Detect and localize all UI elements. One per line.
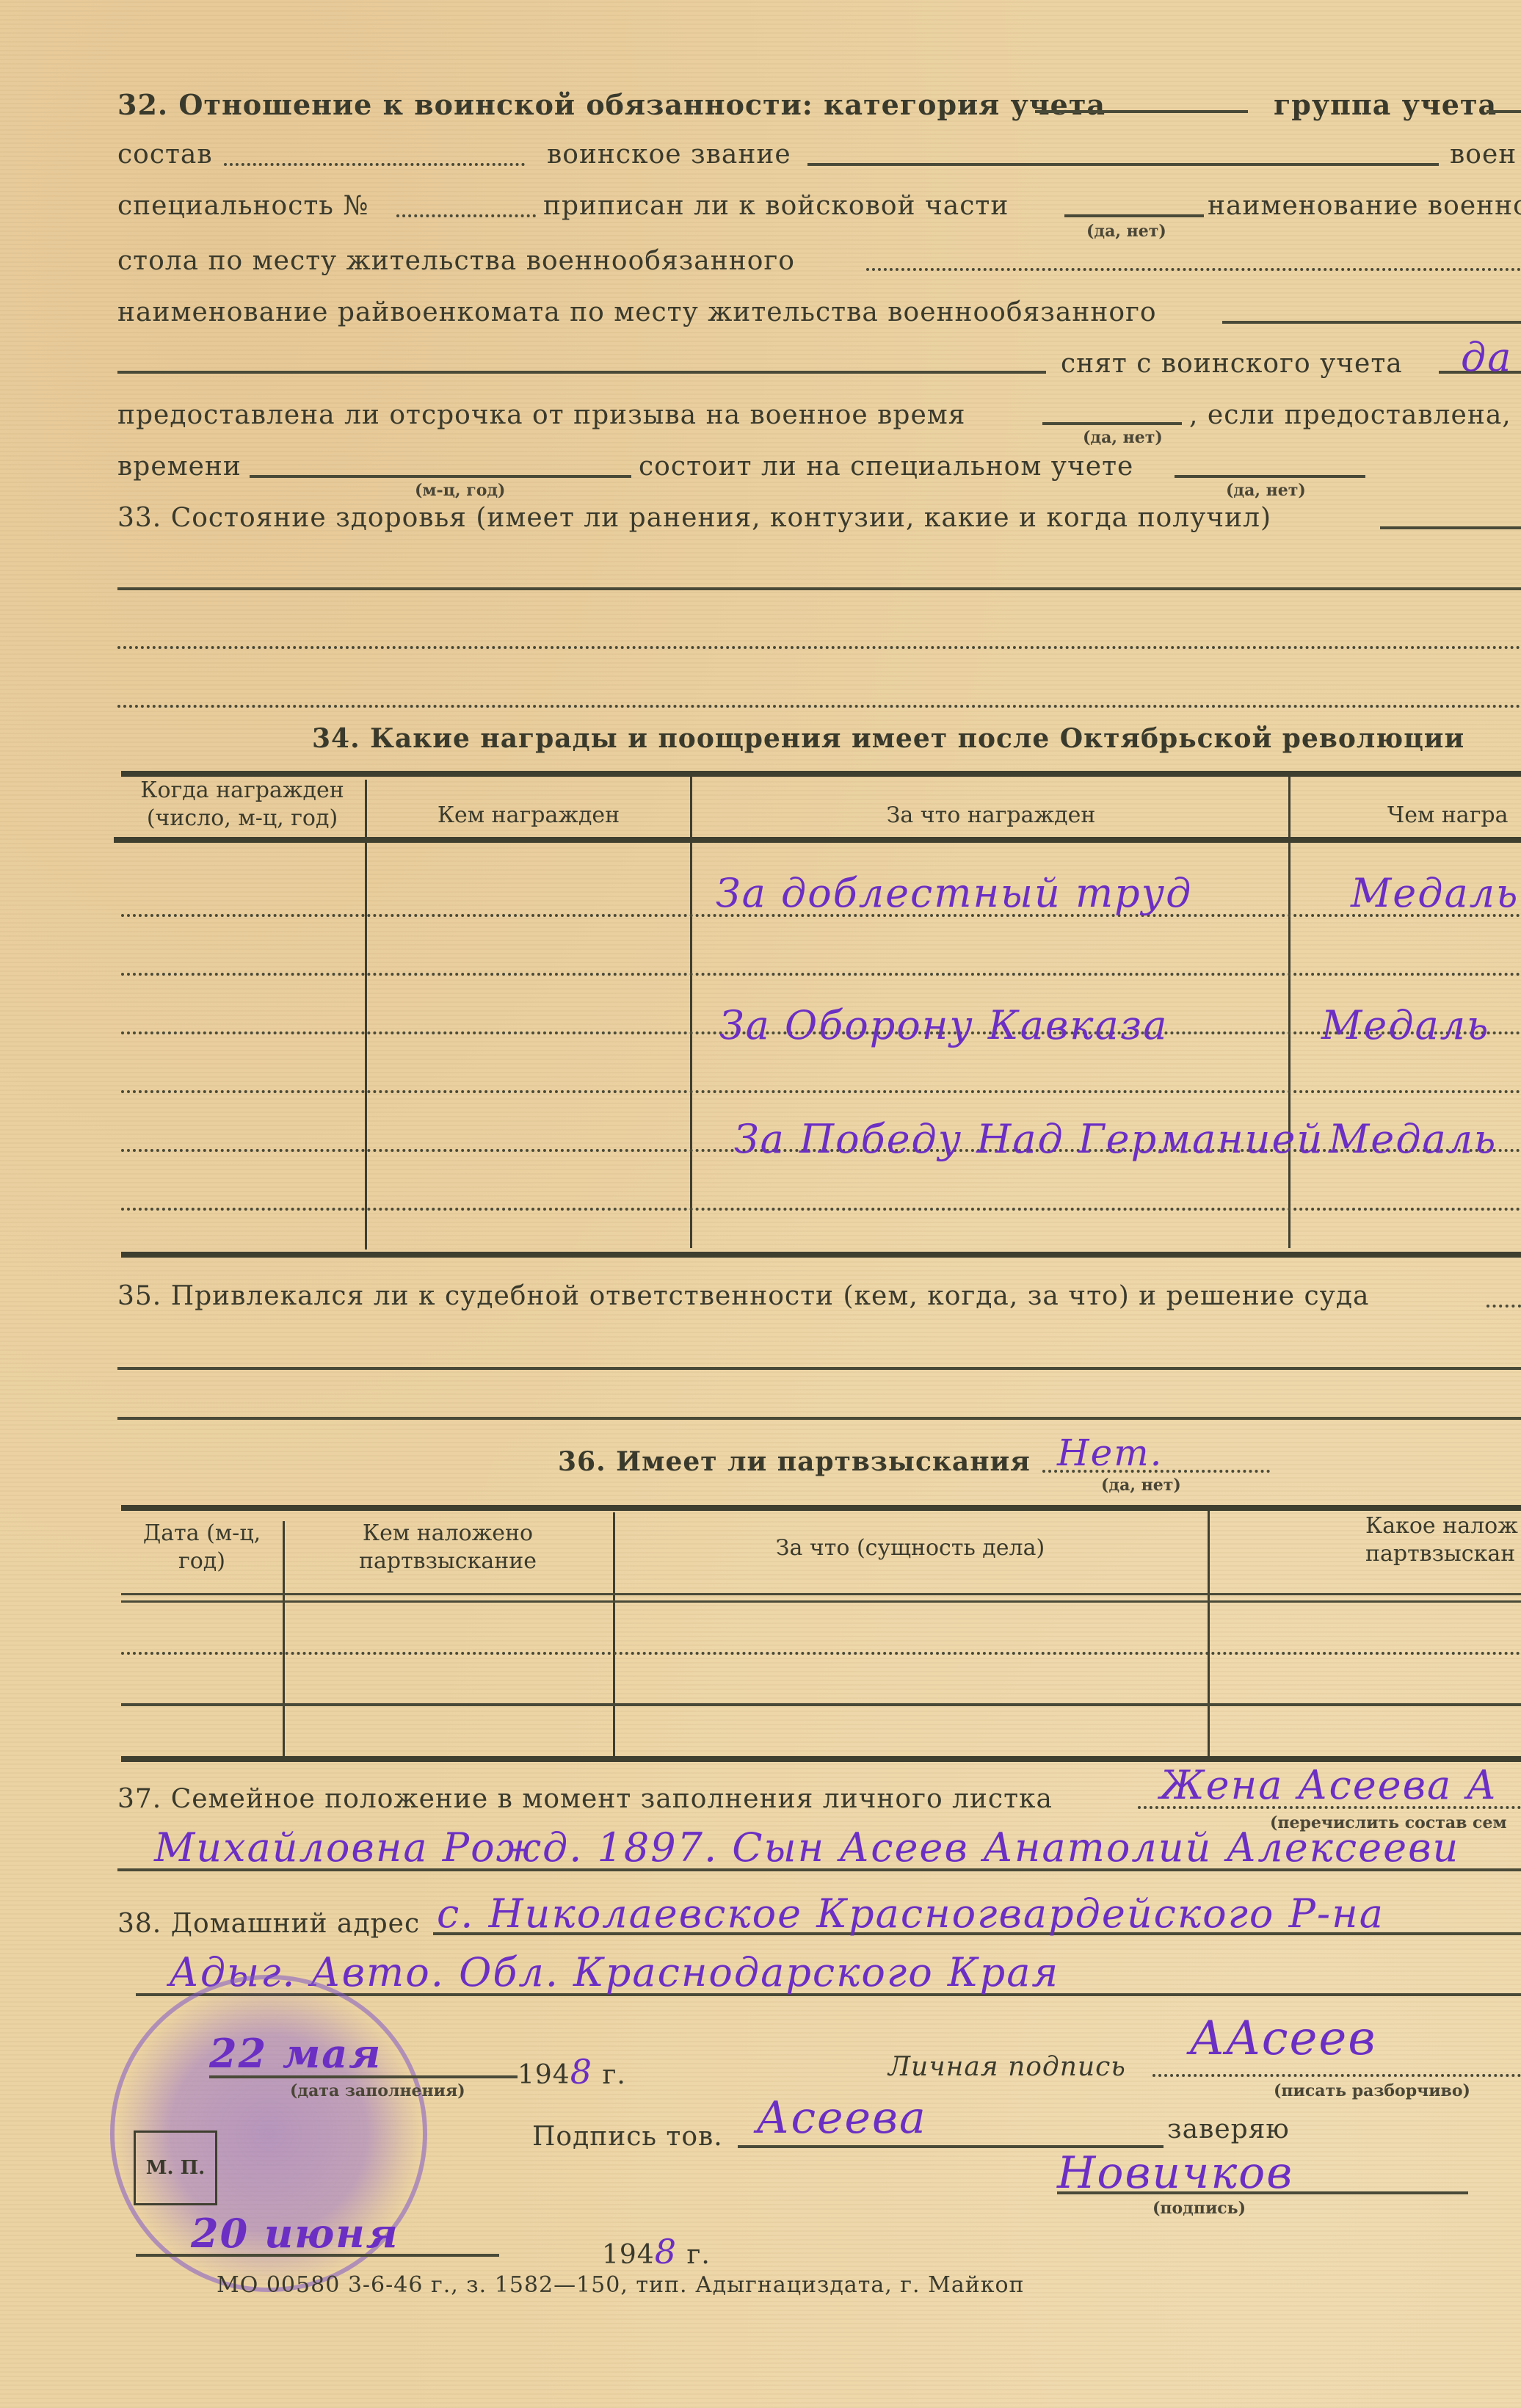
awards-header-what: Чем награ (1292, 802, 1521, 830)
awards-header-when: Когда награжден (число, м-ц, год) (121, 777, 363, 833)
section-36-title: 36. Имеет ли партвзыскания (558, 1446, 1031, 1477)
award-type: Медаль (1351, 870, 1519, 916)
year-digit: 8 (655, 2232, 678, 2271)
naimenovanie-label: наименование военно (1208, 191, 1521, 221)
otsrochka-field[interactable] (1042, 422, 1182, 425)
raivoenkomat-field[interactable] (1222, 321, 1521, 324)
penalties-table-top (121, 1505, 1521, 1511)
health-field-4[interactable] (117, 705, 1521, 708)
spec-label: специальность № (117, 191, 369, 221)
penalties-row-line-2 (121, 1703, 1521, 1706)
certifier-sig-value: Новичков (1057, 2147, 1293, 2199)
pripisan-field[interactable] (1064, 214, 1204, 217)
awards-row-line-6 (121, 1208, 1521, 1211)
specuchet-field[interactable] (1175, 475, 1365, 478)
otsrochka-label: предоставлена ли отсрочка от призыва на … (117, 400, 965, 430)
section-38-title: 38. Домашний адрес (117, 1909, 420, 1939)
penalties-col-divider-2 (613, 1512, 615, 1758)
awards-col-divider-3 (1288, 775, 1291, 1248)
section-37-title: 37. Семейное положение в момент заполнен… (117, 1784, 1053, 1814)
vremeni-label: времени (117, 451, 242, 482)
section-35-title: 35. Привлекался ли к судебной ответствен… (117, 1281, 1369, 1311)
year-suffix: г. (602, 2060, 625, 2090)
award-reason: За доблестный труд (716, 870, 1192, 916)
penalties-row-line-1 (121, 1652, 1521, 1655)
raivoenkomat-label: наименование райвоенкомата по месту жите… (117, 297, 1157, 327)
court-field-3[interactable] (117, 1417, 1521, 1420)
awards-table-bottom (121, 1252, 1521, 1258)
date-filled-hint: (дата заполнения) (290, 2081, 465, 2100)
court-field-2[interactable] (117, 1367, 1521, 1370)
zvanie-field[interactable] (807, 163, 1439, 166)
esli-label: , если предоставлена, (1189, 400, 1511, 430)
otsrochka-hint: (да, нет) (1083, 428, 1163, 447)
personal-sig-value: АAсеев (1189, 2012, 1377, 2066)
personal-sig-field[interactable] (1152, 2074, 1521, 2077)
stamp-place-label: М. П. (146, 2157, 206, 2179)
group-label: группа учета (1274, 88, 1497, 121)
stola-field[interactable] (866, 268, 1521, 271)
awards-table-top (121, 771, 1521, 777)
health-field-1[interactable] (1380, 526, 1521, 529)
snyat-value: да (1461, 334, 1512, 380)
specuchet-hint: (да, нет) (1226, 481, 1306, 500)
awards-col-divider-1 (365, 780, 367, 1250)
pripisan-label: приписан ли к войсковой части (543, 191, 1009, 221)
zvanie-label: воинское звание (547, 139, 791, 170)
penalties-header-divider-a (121, 1593, 1521, 1595)
personal-sig-label: Личная подпись (888, 2052, 1126, 2082)
penalties-header-what: Какое налож партвзыскан (1211, 1512, 1521, 1568)
stola-label: стола по месту жительства военнообязанно… (117, 246, 795, 276)
awards-row-line-4 (121, 1090, 1521, 1093)
penalties-table-bottom (121, 1756, 1521, 1762)
year-prefix-2: 1948 г. (602, 2232, 711, 2271)
section-34-title: 34. Какие награды и поощрения имеет посл… (312, 723, 1464, 754)
health-field-3[interactable] (117, 646, 1521, 649)
category-field[interactable] (1035, 110, 1248, 113)
section-32-title: 32. Отношение к воинской обязанности: ка… (117, 88, 1106, 121)
penalties-header-for: За что (сущность дела) (613, 1534, 1208, 1562)
vremeni-hint: (м-ц, год) (415, 481, 505, 500)
pripisan-hint: (да, нет) (1086, 222, 1166, 241)
podpis-tov-label: Подпись тов. (532, 2122, 723, 2152)
awards-header-divider (114, 837, 1521, 843)
certifier-sig-hint: (подпись) (1152, 2199, 1246, 2218)
personal-sig-hint: (писать разборчиво) (1274, 2081, 1470, 2100)
awards-header-for: За что награжден (694, 802, 1288, 830)
sostav-field[interactable] (224, 163, 525, 166)
party-penalty-value: Нет. (1057, 1432, 1164, 1474)
penalties-col-divider-1 (283, 1521, 285, 1760)
health-field-2[interactable] (117, 587, 1521, 590)
year-digit: 8 (570, 2052, 593, 2092)
podpis-tov-value: Асеева (756, 2092, 927, 2144)
year-prefix: 194 (518, 2060, 570, 2090)
penalties-header-by: Кем наложено партвзыскание (286, 1520, 609, 1575)
date-certified-value: 20 июня (191, 2210, 399, 2257)
family-value-2: Михайловна Рожд. 1897. Сын Асеев Анатоли… (154, 1824, 1459, 1871)
year-prefix-1: 1948 г. (518, 2052, 626, 2092)
penalties-col-divider-3 (1208, 1509, 1210, 1758)
year-prefix: 194 (602, 2240, 655, 2270)
date-filled-value: 22 мая (209, 2030, 382, 2077)
group-field[interactable] (1486, 110, 1521, 113)
penalties-header-date: Дата (м-ц, год) (121, 1520, 283, 1575)
spec-field[interactable] (396, 214, 536, 217)
stamp-place-box: М. П. (134, 2130, 217, 2205)
party-penalty-hint: (да, нет) (1101, 1476, 1181, 1495)
awards-row-line-2 (121, 973, 1521, 976)
award-reason: За Оборону Кавказа (719, 1002, 1168, 1048)
award-type: Медаль (1329, 1116, 1497, 1162)
vremeni-field[interactable] (250, 475, 631, 478)
snyat-label: снят с воинского учета (1061, 349, 1403, 379)
zaveryayu-label: заверяю (1167, 2114, 1290, 2144)
awards-col-divider-2 (690, 775, 692, 1248)
sostav-label: состав (117, 139, 213, 170)
awards-header-by: Кем награжден (367, 802, 690, 830)
year-suffix: г. (686, 2240, 710, 2270)
printer-imprint: МО 00580 3-6-46 г., з. 1582—150, тип. Ад… (217, 2272, 1025, 2298)
raivoenkomat-field-2[interactable] (117, 371, 1046, 374)
award-type: Медаль (1321, 1002, 1489, 1048)
penalties-header-divider-b (121, 1600, 1521, 1603)
specuchet-label: состоит ли на специальном учете (639, 451, 1133, 482)
section-33-title: 33. Состояние здоровья (имеет ли ранения… (117, 503, 1271, 533)
address-value-1: с. Николаевское Красногвардейского Р-на (437, 1890, 1384, 1937)
voen-label: воен (1450, 139, 1517, 170)
award-reason: За Победу Над Германией (734, 1116, 1324, 1162)
family-value-1: Жена Асеева А (1160, 1762, 1498, 1808)
court-field-1[interactable] (1486, 1305, 1521, 1308)
